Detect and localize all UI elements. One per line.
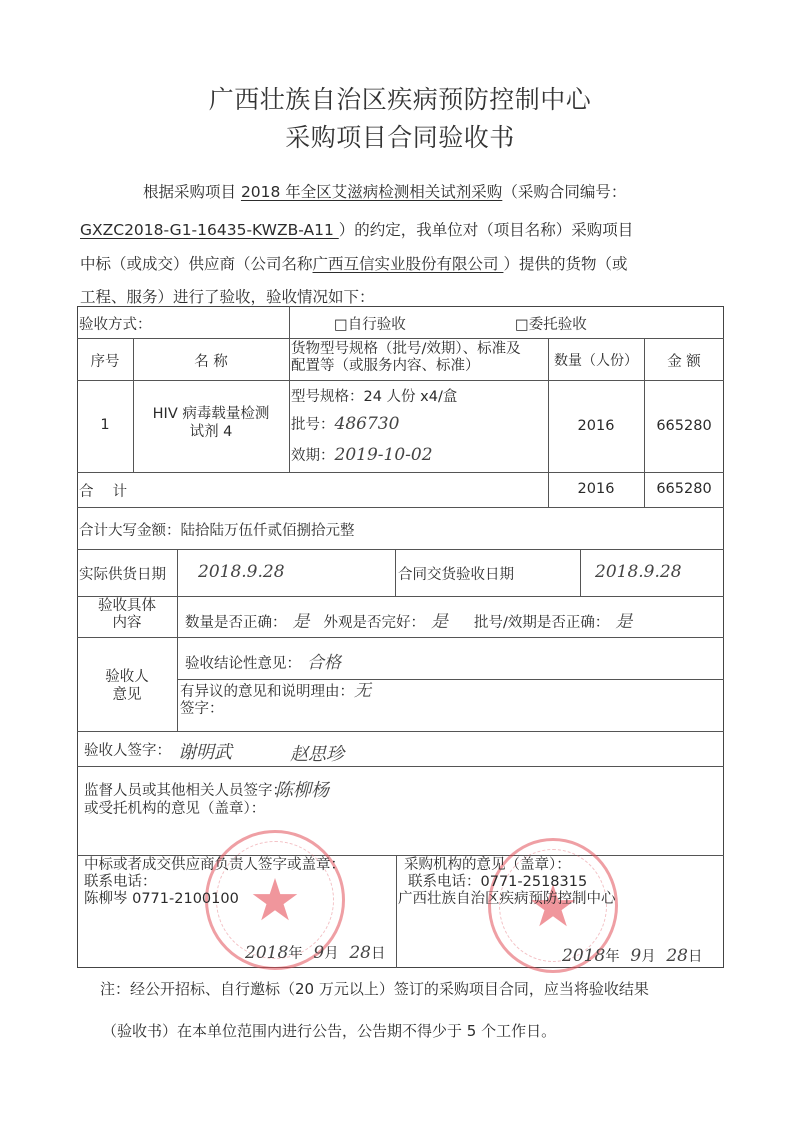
content-label: 验收具体 内容 [77, 598, 177, 632]
contract-number: GXZC2018-G1-16435-KWZB-A11 [80, 221, 339, 239]
total-label: 合 计 [79, 480, 127, 501]
agency-block: 采购机构的意见（盖章）： 联系电话：0771-2518315 广西壮族自治区疾病… [398, 857, 616, 908]
header-amount: 金 额 [644, 350, 724, 371]
objection: 有异议的意见和说明理由：无 签字： [180, 683, 371, 718]
intro-l4: 工程、服务）进行了验收，验收情况如下： [80, 288, 375, 306]
header-name: 名 称 [133, 350, 289, 371]
batch-check-label: 批号/效期是否正确： [474, 615, 609, 631]
row-batch: 批号：486730 [291, 413, 399, 434]
conclusion: 验收结论性意见：合格 [185, 648, 341, 673]
inspector-signature-2: 赵思珍 [290, 740, 344, 766]
batch-handwritten: 486730 [335, 414, 400, 434]
row-amount: 665280 [644, 418, 724, 434]
contract-delivery-label: 合同交货验收日期 [398, 563, 514, 584]
objection-value: 无 [354, 681, 371, 701]
row-expiry: 效期：2019-10-02 [291, 444, 433, 465]
expiry-handwritten: 2019-10-02 [335, 445, 433, 465]
appearance-check-label: 外观是否完好： [324, 615, 426, 631]
intro-l3-suffix: ）提供的货物（或 [503, 255, 627, 273]
total-amount: 665280 [644, 481, 724, 497]
batch-check-value: 是 [615, 612, 632, 632]
method-entrust-checkbox[interactable]: □委托验收 [515, 313, 587, 334]
qty-check-value: 是 [293, 612, 310, 632]
row-no: 1 [77, 417, 133, 433]
actual-delivery-date: 2018.9.28 [198, 562, 285, 582]
intro-l3-prefix: 中标（或成交）供应商（公司名称 [80, 255, 313, 273]
supplier-contact: 陈柳岑 0771-2100100 [84, 891, 345, 908]
total-in-words: 合计大写金额：陆拾陆万伍仟贰佰捌拾元整 [79, 519, 355, 540]
agency-phone: 联系电话：0771-2518315 [398, 874, 616, 891]
supplier-date: 2018年 9月 28日 [245, 942, 385, 963]
header-no: 序号 [77, 350, 133, 371]
appearance-check-value: 是 [431, 612, 448, 632]
agency-name: 广西壮族自治区疾病预防控制中心 [398, 891, 616, 908]
intro-l2-suffix: ）的约定，我单位对（项目名称）采购项目 [339, 221, 634, 239]
supplier-block: 中标或者成交供应商负责人签字或盖章： 联系电话： 陈柳岑 0771-210010… [84, 857, 345, 908]
total-qty: 2016 [548, 481, 644, 497]
document-title: 广西壮族自治区疾病预防控制中心 [0, 80, 800, 116]
method-self-checkbox[interactable]: □自行验收 [334, 313, 406, 334]
row-name: HIV 病毒载量检测 试剂 4 [133, 405, 289, 441]
inspector-sign-label: 验收人签字： [84, 739, 171, 760]
project-name: 2018 年全区艾滋病检测相关试剂采购 [241, 183, 502, 201]
inspector-signature-1: 谢明武 [178, 738, 232, 764]
actual-delivery-label: 实际供货日期 [79, 563, 166, 584]
method-label: 验收方式： [79, 313, 152, 334]
row-spec-model: 型号规格：24 人份 x4/盒 [291, 385, 457, 406]
footnote-line-1: 注：经公开招标、自行邀标（20 万元以上）签订的采购项目合同，应当将验收结果 [100, 978, 649, 999]
supplier-name: 广西互信实业股份有限公司 [313, 255, 504, 273]
document-subtitle: 采购项目合同验收书 [0, 118, 800, 154]
row-qty: 2016 [548, 418, 644, 434]
intro-prefix: 根据采购项目 [143, 183, 241, 201]
content-checks: 数量是否正确：是外观是否完好：是批号/效期是否正确：是 [185, 607, 632, 632]
header-qty: 数量（人份） [548, 350, 644, 370]
qty-check-label: 数量是否正确： [185, 615, 287, 631]
header-spec: 货物型号规格（批号/效期）、标准及 配置等（或服务内容、标准） [291, 341, 549, 375]
footnote-line-2: （验收书）在本单位范围内进行公告，公告期不得少于 5 个工作日。 [102, 1020, 556, 1041]
agency-date: 2018年 9月 28日 [562, 945, 702, 966]
intro-l1-suffix: （采购合同编号： [502, 183, 626, 201]
supervisor-signature: 陈柳杨 [275, 776, 329, 802]
conclusion-value: 合格 [307, 653, 341, 673]
opinion-label: 验收人 意见 [77, 668, 177, 704]
contract-delivery-date: 2018.9.28 [595, 562, 682, 582]
objection-sign-label: 签字： [180, 701, 371, 718]
supervisor-label: 监督人员或其他相关人员签字： 或受托机构的意见（盖章）： [84, 782, 287, 818]
